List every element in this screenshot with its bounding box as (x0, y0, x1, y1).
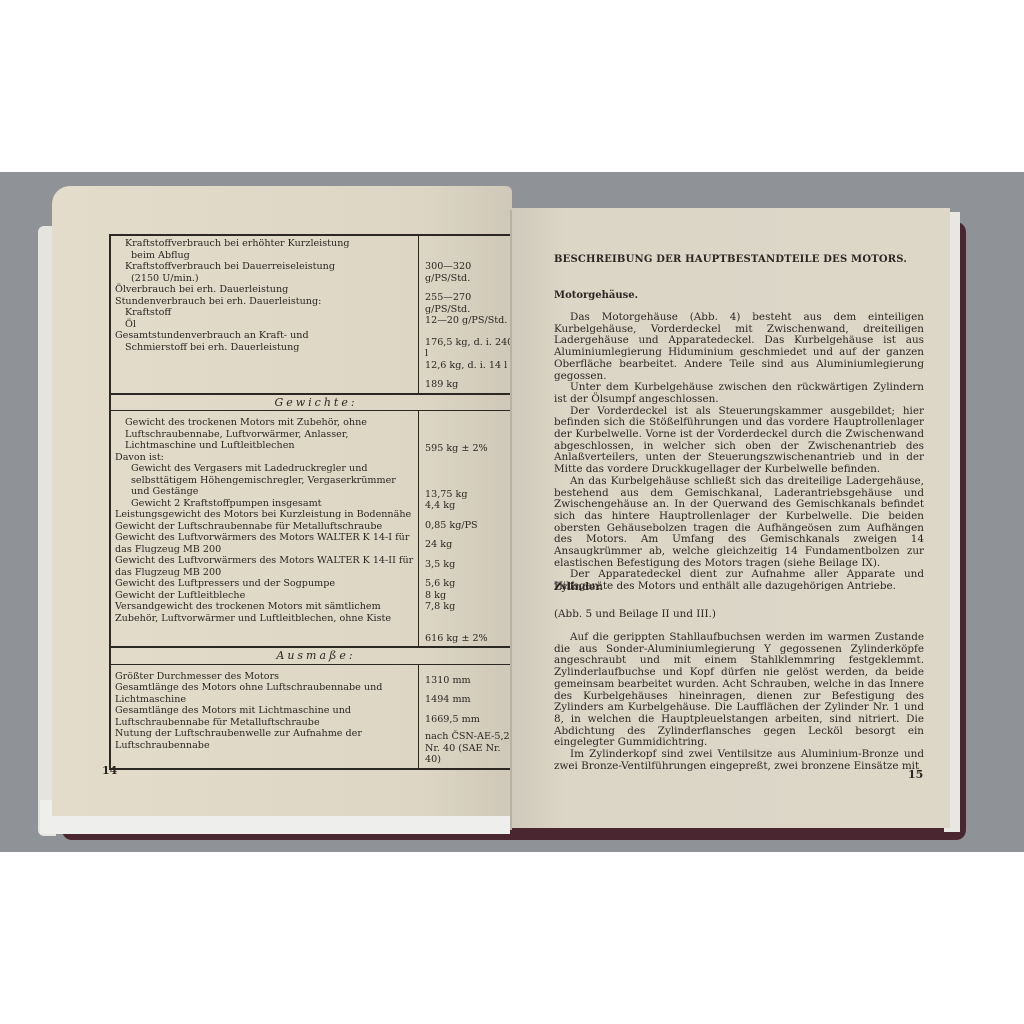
row-value: 1494 mm (425, 694, 517, 706)
row-label: Gewicht 2 Kraftstoffpumpen insgesamt (115, 498, 414, 510)
row-value: 176,5 kg, d. i. 240 l (425, 337, 517, 360)
row-label: Nutung der Luftschraubenwelle zur Aufnah… (115, 728, 414, 751)
section-heading-dimensions: Ausmaße: (110, 647, 522, 664)
section-heading-zylinder: Zylinder. (554, 582, 603, 593)
row-label: Kraftstoffverbrauch bei Dauerreiseleistu… (115, 261, 414, 273)
row-value: 300—320 g/PS/Std. (425, 261, 517, 284)
section-body-zylinder: Auf die gerippten Stahllaufbuchsen werde… (554, 632, 924, 772)
left-page: Kraftstoffverbrauch bei erhöhter Kurzlei… (52, 186, 512, 816)
row-value: 24 kg (425, 539, 517, 551)
row-label: Gewicht des Luftpressers und der Sogpump… (115, 578, 414, 590)
row-label: Gesamtlänge des Motors ohne Luftschraube… (115, 682, 414, 705)
row-label: Gewicht der Luftleitbleche (115, 590, 414, 602)
row-label: Gewicht des Luftvorwärmers des Motors WA… (115, 532, 414, 555)
table-row: Größter Durchmesser des Motors Gesamtlän… (110, 664, 522, 769)
row-label: Gesamtstundenverbrauch an Kraft- und (115, 330, 414, 342)
paragraph: Der Vorderdeckel ist als Steuerungskamme… (554, 406, 924, 476)
row-label: Größter Durchmesser des Motors (115, 671, 414, 683)
row-label: Gewicht der Luftschraubennabe für Metall… (115, 521, 414, 533)
paragraph: Auf die gerippten Stahllaufbuchsen werde… (554, 632, 924, 749)
row-label: Versandgewicht des trockenen Motors mit … (115, 601, 414, 624)
row-label: Gewicht des trockenen Motors mit Zubehör… (115, 417, 414, 452)
page-number-left: 14 (102, 764, 117, 777)
paragraph: Unter dem Kurbelgehäuse zwischen den rüc… (554, 382, 924, 405)
row-value: 8 kg (425, 590, 517, 602)
row-value: 12,6 kg, d. i. 14 l (425, 360, 517, 372)
row-label: Leistungsgewicht des Motors bei Kurzleis… (115, 509, 414, 521)
row-value: 3,5 kg (425, 559, 517, 571)
row-value: 7,8 kg (425, 601, 517, 613)
row-label: Gewicht des Vergasers mit Ladedruckregle… (115, 463, 414, 498)
row-label: Kraftstoff (115, 307, 414, 319)
row-value: 0,85 kg/PS (425, 520, 517, 532)
row-value: 1669,5 mm (425, 714, 517, 726)
row-value: nach ČSN-AE-5,2 Nr. 40 (SAE Nr. 40) (425, 731, 517, 766)
paragraph: Im Zylinderkopf sind zwei Ventilsitze au… (554, 749, 924, 772)
row-label: Schmierstoff bei erh. Dauerleistung (115, 342, 414, 354)
row-value: 4,4 kg (425, 500, 517, 512)
row-label: (2150 U/min.) (115, 273, 414, 285)
section-heading-motorgehaeuse: Motorgehäuse. (554, 290, 638, 301)
row-value: 255—270 g/PS/Std. (425, 292, 517, 315)
row-label: Gewicht des Luftvorwärmers des Motors WA… (115, 555, 414, 578)
paragraph: Das Motorgehäuse (Abb. 4) besteht aus de… (554, 312, 924, 382)
row-value: 5,6 kg (425, 578, 517, 590)
page-number-right: 15 (908, 768, 923, 781)
table-row: Kraftstoffverbrauch bei erhöhter Kurzlei… (110, 235, 522, 394)
section-body-motorgehaeuse: Das Motorgehäuse (Abb. 4) besteht aus de… (554, 312, 924, 593)
row-label: Davon ist: (115, 452, 414, 464)
chapter-title: BESCHREIBUNG DER HAUPTBESTANDTEILE DES M… (554, 254, 907, 265)
section-heading-weights: Gewichte: (110, 394, 522, 411)
row-value: 616 kg ± 2% (425, 633, 517, 645)
right-page: BESCHREIBUNG DER HAUPTBESTANDTEILE DES M… (512, 208, 950, 828)
spec-table: Kraftstoffverbrauch bei erhöhter Kurzlei… (109, 234, 523, 770)
row-value: 189 kg (425, 379, 517, 391)
row-label: Ölverbrauch bei erh. Dauerleistung (115, 284, 414, 296)
row-label: Kraftstoffverbrauch bei erhöhter Kurzlei… (115, 238, 414, 250)
row-label: Stundenverbrauch bei erh. Dauerleistung: (115, 296, 414, 308)
table-row: Gewicht des trockenen Motors mit Zubehör… (110, 411, 522, 648)
figure-reference: (Abb. 5 und Beilage II und III.) (554, 608, 716, 620)
paragraph: Der Apparatedeckel dient zur Aufnahme al… (554, 569, 924, 592)
row-value: 13,75 kg (425, 489, 517, 501)
row-label: beim Abflug (115, 250, 414, 262)
row-value: 595 kg ± 2% (425, 443, 517, 455)
row-label: Öl (115, 319, 414, 331)
row-label: Gesamtlänge des Motors mit Lichtmaschine… (115, 705, 414, 728)
row-value: 12—20 g/PS/Std. (425, 315, 517, 327)
paragraph: An das Kurbelgehäuse schließt sich das d… (554, 476, 924, 570)
row-value: 1310 mm (425, 675, 517, 687)
